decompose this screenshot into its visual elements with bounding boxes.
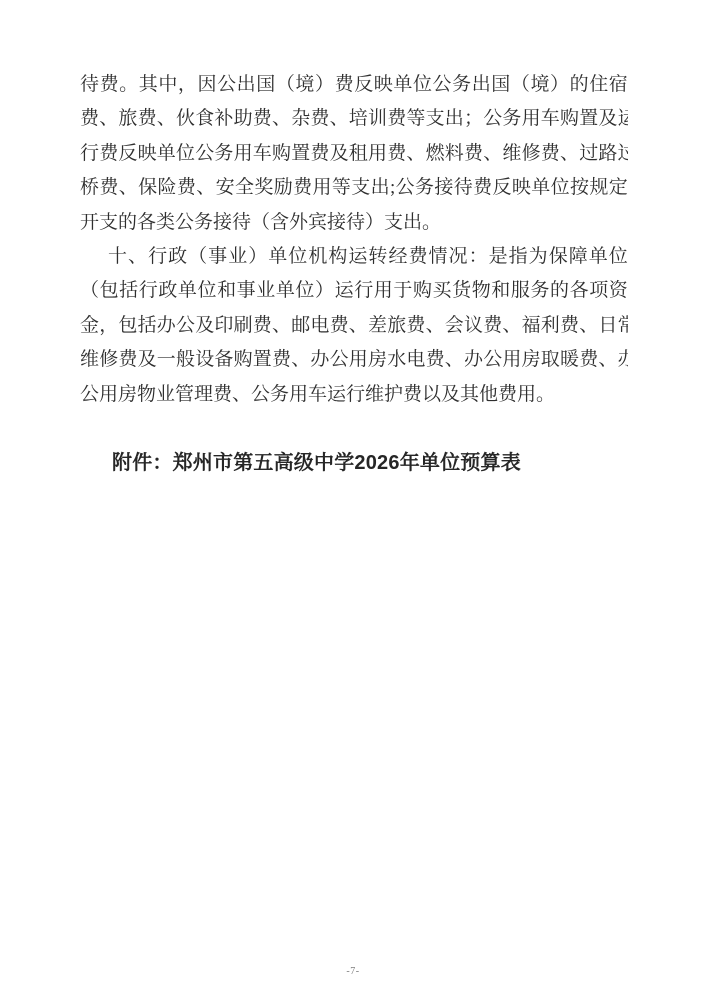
body-line: 维修费及一般设备购置费、办公用房水电费、办公用房取暖费、办 (80, 343, 628, 377)
body-line: 待费。其中，因公出国（境）费反映单位公务出国（境）的住宿 (80, 68, 628, 102)
body-line: 十、行政（事业）单位机构运转经费情况：是指为保障单位 (80, 240, 628, 274)
body-line: 桥费、保险费、安全奖励费用等支出;公务接待费反映单位按规定 (80, 171, 628, 205)
body-line: 行费反映单位公务用车购置费及租用费、燃料费、维修费、过路过 (80, 137, 628, 171)
document-page: 待费。其中，因公出国（境）费反映单位公务出国（境）的住宿 费、旅费、伙食补助费、… (0, 0, 706, 1000)
body-line: 金，包括办公及印刷费、邮电费、差旅费、会议费、福利费、日常 (80, 309, 628, 343)
document-body: 待费。其中，因公出国（境）费反映单位公务出国（境）的住宿 费、旅费、伙食补助费、… (80, 68, 628, 412)
page-number: -7- (0, 965, 706, 979)
body-line: （包括行政单位和事业单位）运行用于购买货物和服务的各项资 (80, 274, 628, 308)
paragraph-item-ten-operating-funds: 十、行政（事业）单位机构运转经费情况：是指为保障单位 （包括行政单位和事业单位）… (80, 240, 628, 412)
body-line: 开支的各类公务接待（含外宾接待）支出。 (80, 206, 628, 240)
body-line: 费、旅费、伙食补助费、杂费、培训费等支出；公务用车购置及运 (80, 102, 628, 136)
paragraph-sangong-expense: 待费。其中，因公出国（境）费反映单位公务出国（境）的住宿 费、旅费、伙食补助费、… (80, 68, 628, 240)
attachment-line: 附件：郑州市第五高级中学2026年单位预算表 (112, 446, 632, 480)
body-line: 公用房物业管理费、公务用车运行维护费以及其他费用。 (80, 378, 628, 412)
